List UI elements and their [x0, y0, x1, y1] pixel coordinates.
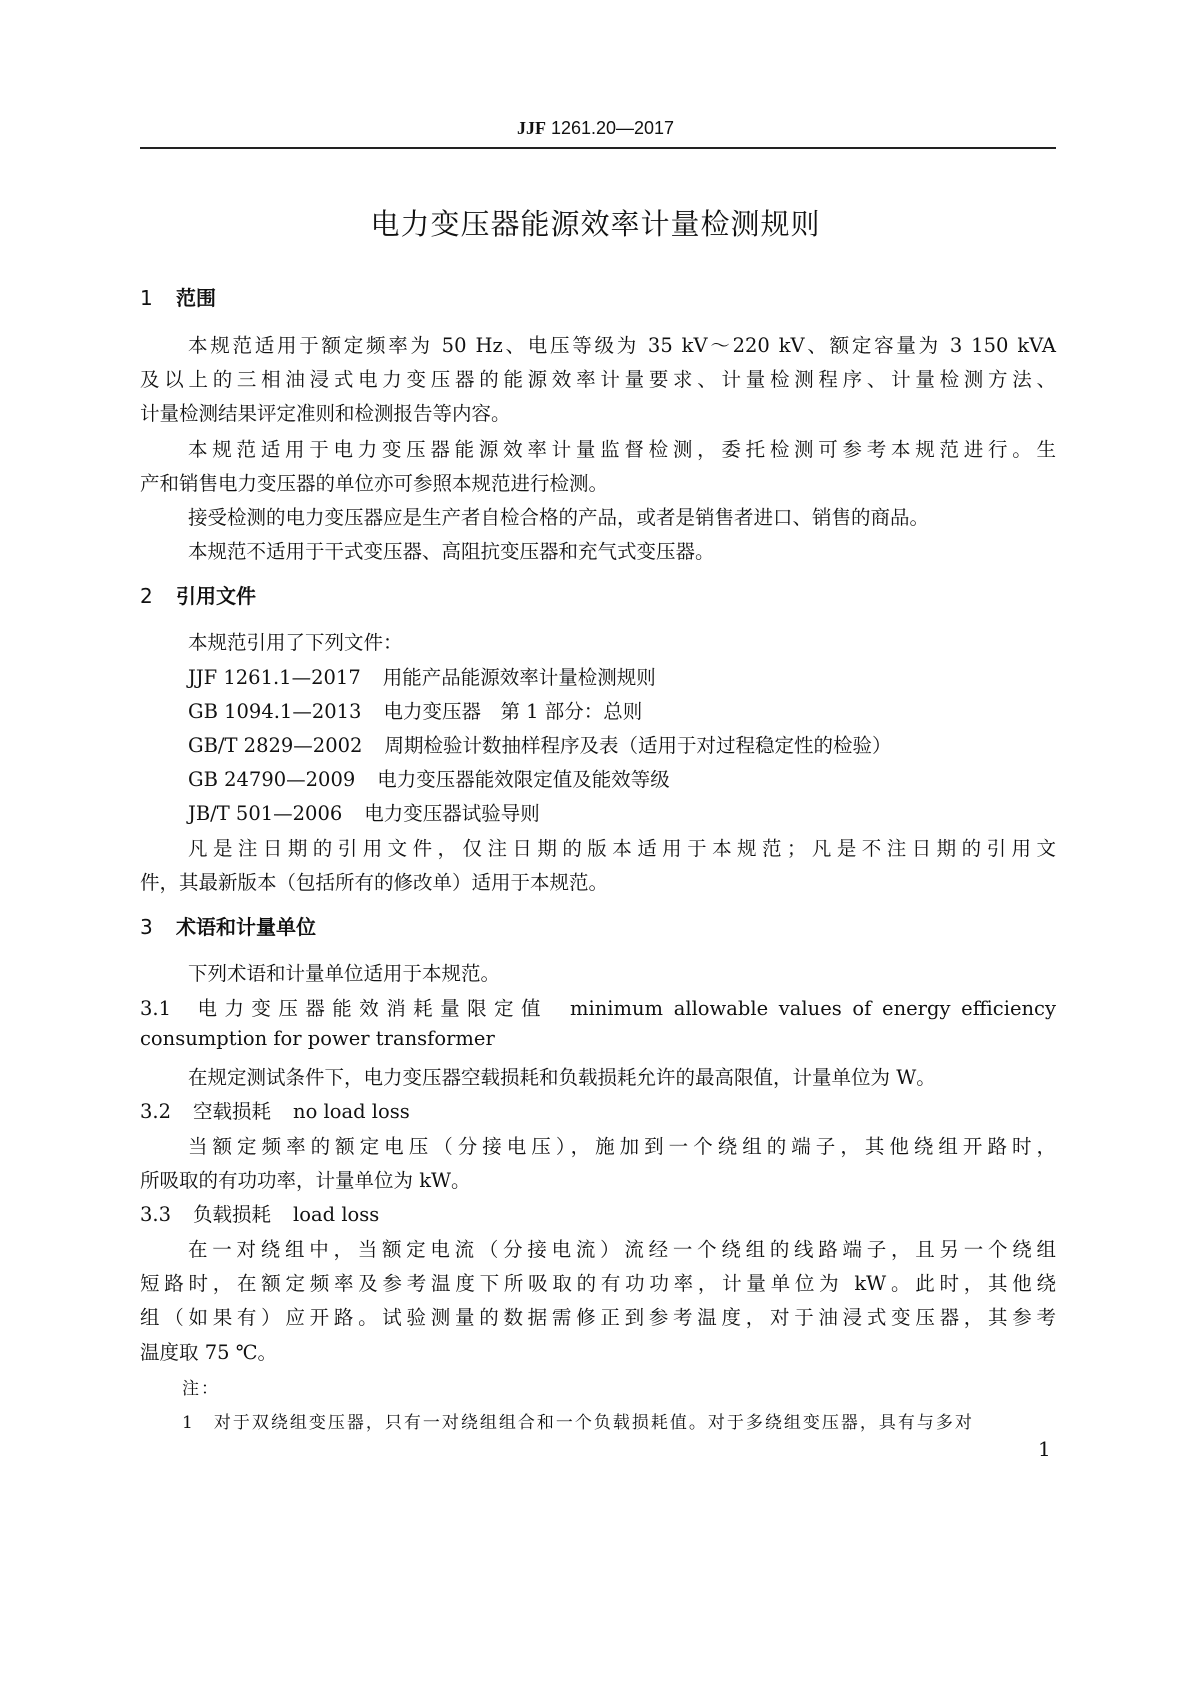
- term-chinese: 负载损耗: [193, 1203, 271, 1226]
- term-definition: 当额定频率的额定电压（分接电压），施加到一个绕组的端子，其他绕组开路时，: [188, 1131, 1056, 1159]
- paragraph-line: 本规范适用于电力变压器能源效率计量监督检测，委托检测可参考本规范进行。生: [188, 434, 1056, 462]
- reference-item: GB/T 2829—2002周期检验计数抽样程序及表（适用于对过程稳定性的检验）: [188, 730, 1056, 758]
- reference-name: 电力变压器 第 1 部分：总则: [383, 700, 642, 723]
- section-number: 2: [140, 584, 176, 608]
- term-definition: 温度取 75 ℃。: [140, 1337, 1056, 1365]
- reference-item: GB 24790—2009电力变压器能效限定值及能效等级: [188, 764, 1056, 792]
- reference-code: GB 24790—2009: [188, 768, 355, 791]
- reference-code: GB 1094.1—2013: [188, 700, 361, 723]
- paragraph-line: 及以上的三相油浸式电力变压器的能源效率计量要求、计量检测程序、计量检测方法、: [140, 364, 1056, 392]
- paragraph-line: 凡是注日期的引用文件，仅注日期的版本适用于本规范；凡是不注日期的引用文: [188, 833, 1056, 861]
- reference-name: 用能产品能源效率计量检测规则: [383, 666, 656, 689]
- page-number: 1: [1038, 1437, 1051, 1461]
- term-number: 3.2: [140, 1100, 171, 1123]
- term-3-2-heading: 3.2空载损耗no load loss: [140, 1096, 1056, 1124]
- paragraph-line: 本规范不适用于干式变压器、高阻抗变压器和充气式变压器。: [188, 536, 1056, 564]
- term-3-1-heading: 3.1电力变压器能效消耗量限定值minimum allowable values…: [140, 993, 1056, 1021]
- reference-code: JJF 1261.1—2017: [188, 666, 361, 689]
- paragraph-line: 计量检测结果评定准则和检测报告等内容。: [140, 398, 1056, 426]
- term-english: no load loss: [293, 1100, 410, 1123]
- term-chinese: 空载损耗: [193, 1100, 271, 1123]
- term-english: minimum allowable values of energy effic…: [570, 997, 1056, 1020]
- reference-item: JJF 1261.1—2017用能产品能源效率计量检测规则: [188, 662, 1056, 690]
- term-number: 3.3: [140, 1203, 171, 1226]
- note-item: 1 对于双绕组变压器，只有一对绕组组合和一个负载损耗值。对于多绕组变压器，具有与…: [182, 1408, 1056, 1433]
- term-english: load loss: [293, 1203, 379, 1226]
- paragraph-line: 下列术语和计量单位适用于本规范。: [188, 958, 1056, 986]
- paragraph-line: 产和销售电力变压器的单位亦可参照本规范进行检测。: [140, 468, 1056, 496]
- reference-item: JB/T 501—2006电力变压器试验导则: [188, 798, 1056, 826]
- paragraph-line: 件，其最新版本（包括所有的修改单）适用于本规范。: [140, 867, 1056, 895]
- term-definition: 在一对绕组中，当额定电流（分接电流）流经一个绕组的线路端子，且另一个绕组: [188, 1234, 1056, 1262]
- term-chinese: 电力变压器能效消耗量限定值: [193, 997, 548, 1020]
- paragraph-line: 接受检测的电力变压器应是生产者自检合格的产品，或者是销售者进口、销售的商品。: [188, 502, 1056, 530]
- term-definition: 所吸取的有功功率，计量单位为 kW。: [140, 1165, 1056, 1193]
- term-number: 3.1: [140, 997, 171, 1020]
- reference-name: 电力变压器试验导则: [364, 802, 540, 825]
- section-title: 引用文件: [176, 584, 256, 608]
- term-definition: 短路时，在额定频率及参考温度下所吸取的有功功率，计量单位为 kW。此时，其他绕: [140, 1268, 1056, 1296]
- reference-code: GB/T 2829—2002: [188, 734, 362, 757]
- paragraph-line: 本规范适用于额定频率为 50 Hz、电压等级为 35 kV～220 kV、额定容…: [188, 330, 1056, 358]
- section-2-heading: 2引用文件: [140, 580, 256, 609]
- note-label: 注：: [182, 1374, 1050, 1399]
- section-title: 术语和计量单位: [176, 915, 316, 939]
- term-definition: 组（如果有）应开路。试验测量的数据需修正到参考温度，对于油浸式变压器，其参考: [140, 1302, 1056, 1330]
- reference-name: 周期检验计数抽样程序及表（适用于对过程稳定性的检验）: [384, 734, 891, 757]
- section-3-heading: 3术语和计量单位: [140, 911, 316, 940]
- term-3-3-heading: 3.3负载损耗load loss: [140, 1199, 1056, 1227]
- reference-item: GB 1094.1—2013电力变压器 第 1 部分：总则: [188, 696, 1056, 724]
- document-code: JJF 1261.20—2017: [0, 118, 1191, 139]
- term-definition: 在规定测试条件下，电力变压器空载损耗和负载损耗允许的最高限值，计量单位为 W。: [188, 1062, 1056, 1090]
- section-title: 范围: [176, 286, 216, 310]
- reference-code: JB/T 501—2006: [188, 802, 342, 825]
- page-title: 电力变压器能源效率计量检测规则: [0, 202, 1191, 243]
- term-english-continued: consumption for power transformer: [140, 1027, 1056, 1050]
- section-number: 1: [140, 286, 176, 310]
- header-divider: [140, 147, 1056, 149]
- reference-name: 电力变压器能效限定值及能效等级: [377, 768, 670, 791]
- code-prefix: JJF: [517, 118, 546, 138]
- section-1-heading: 1范围: [140, 282, 216, 311]
- code-number: 1261.20—2017: [546, 118, 674, 138]
- paragraph-line: 本规范引用了下列文件：: [188, 627, 1056, 655]
- section-number: 3: [140, 915, 176, 939]
